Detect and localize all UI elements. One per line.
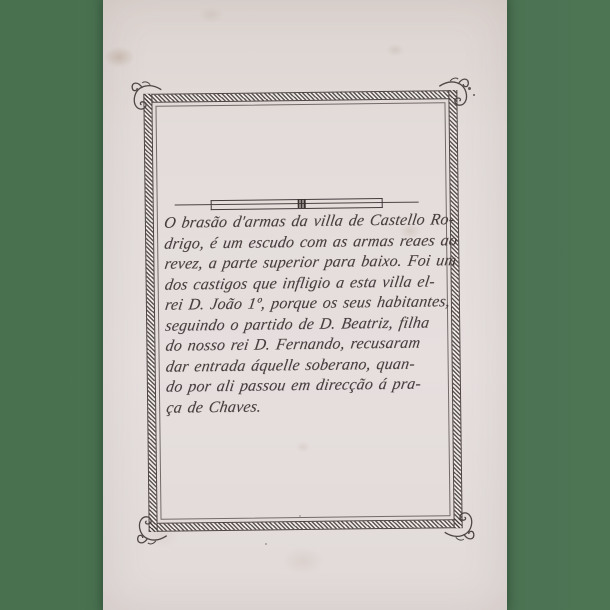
manuscript-text: O brasão d'armas da villa de Castello Ro… [163,210,457,419]
corner-scroll-icon [128,79,162,113]
ink-speck [473,94,475,96]
ink-speck [265,543,267,545]
border-edge-bottom [149,519,463,532]
corner-scroll-icon [438,75,472,109]
manuscript-line: O brasão d'armas da villa de Castello Ro… [163,210,458,234]
photo-background: O brasão d'armas da villa de Castello Ro… [0,0,610,610]
manuscript-line: ça de Chaves. [165,395,460,419]
manuscript-line: revez, a parte superior para baixo. Foi … [163,251,458,275]
manuscript-line: rei D. João 1º, porque os seus habitante… [164,292,459,316]
paper-sheet: O brasão d'armas da villa de Castello Ro… [103,0,507,610]
ornamental-border-frame: O brasão d'armas da villa de Castello Ro… [143,90,462,532]
corner-scroll-icon [133,513,167,547]
border-edge-top [143,90,457,103]
manuscript-line: do nosso rei D. Fernando, recusaram [164,333,459,357]
manuscript-line: do por ali passou em direcção á pra- [165,374,460,398]
divider-center-ornament-icon [298,199,306,208]
corner-scroll-icon [443,509,477,543]
